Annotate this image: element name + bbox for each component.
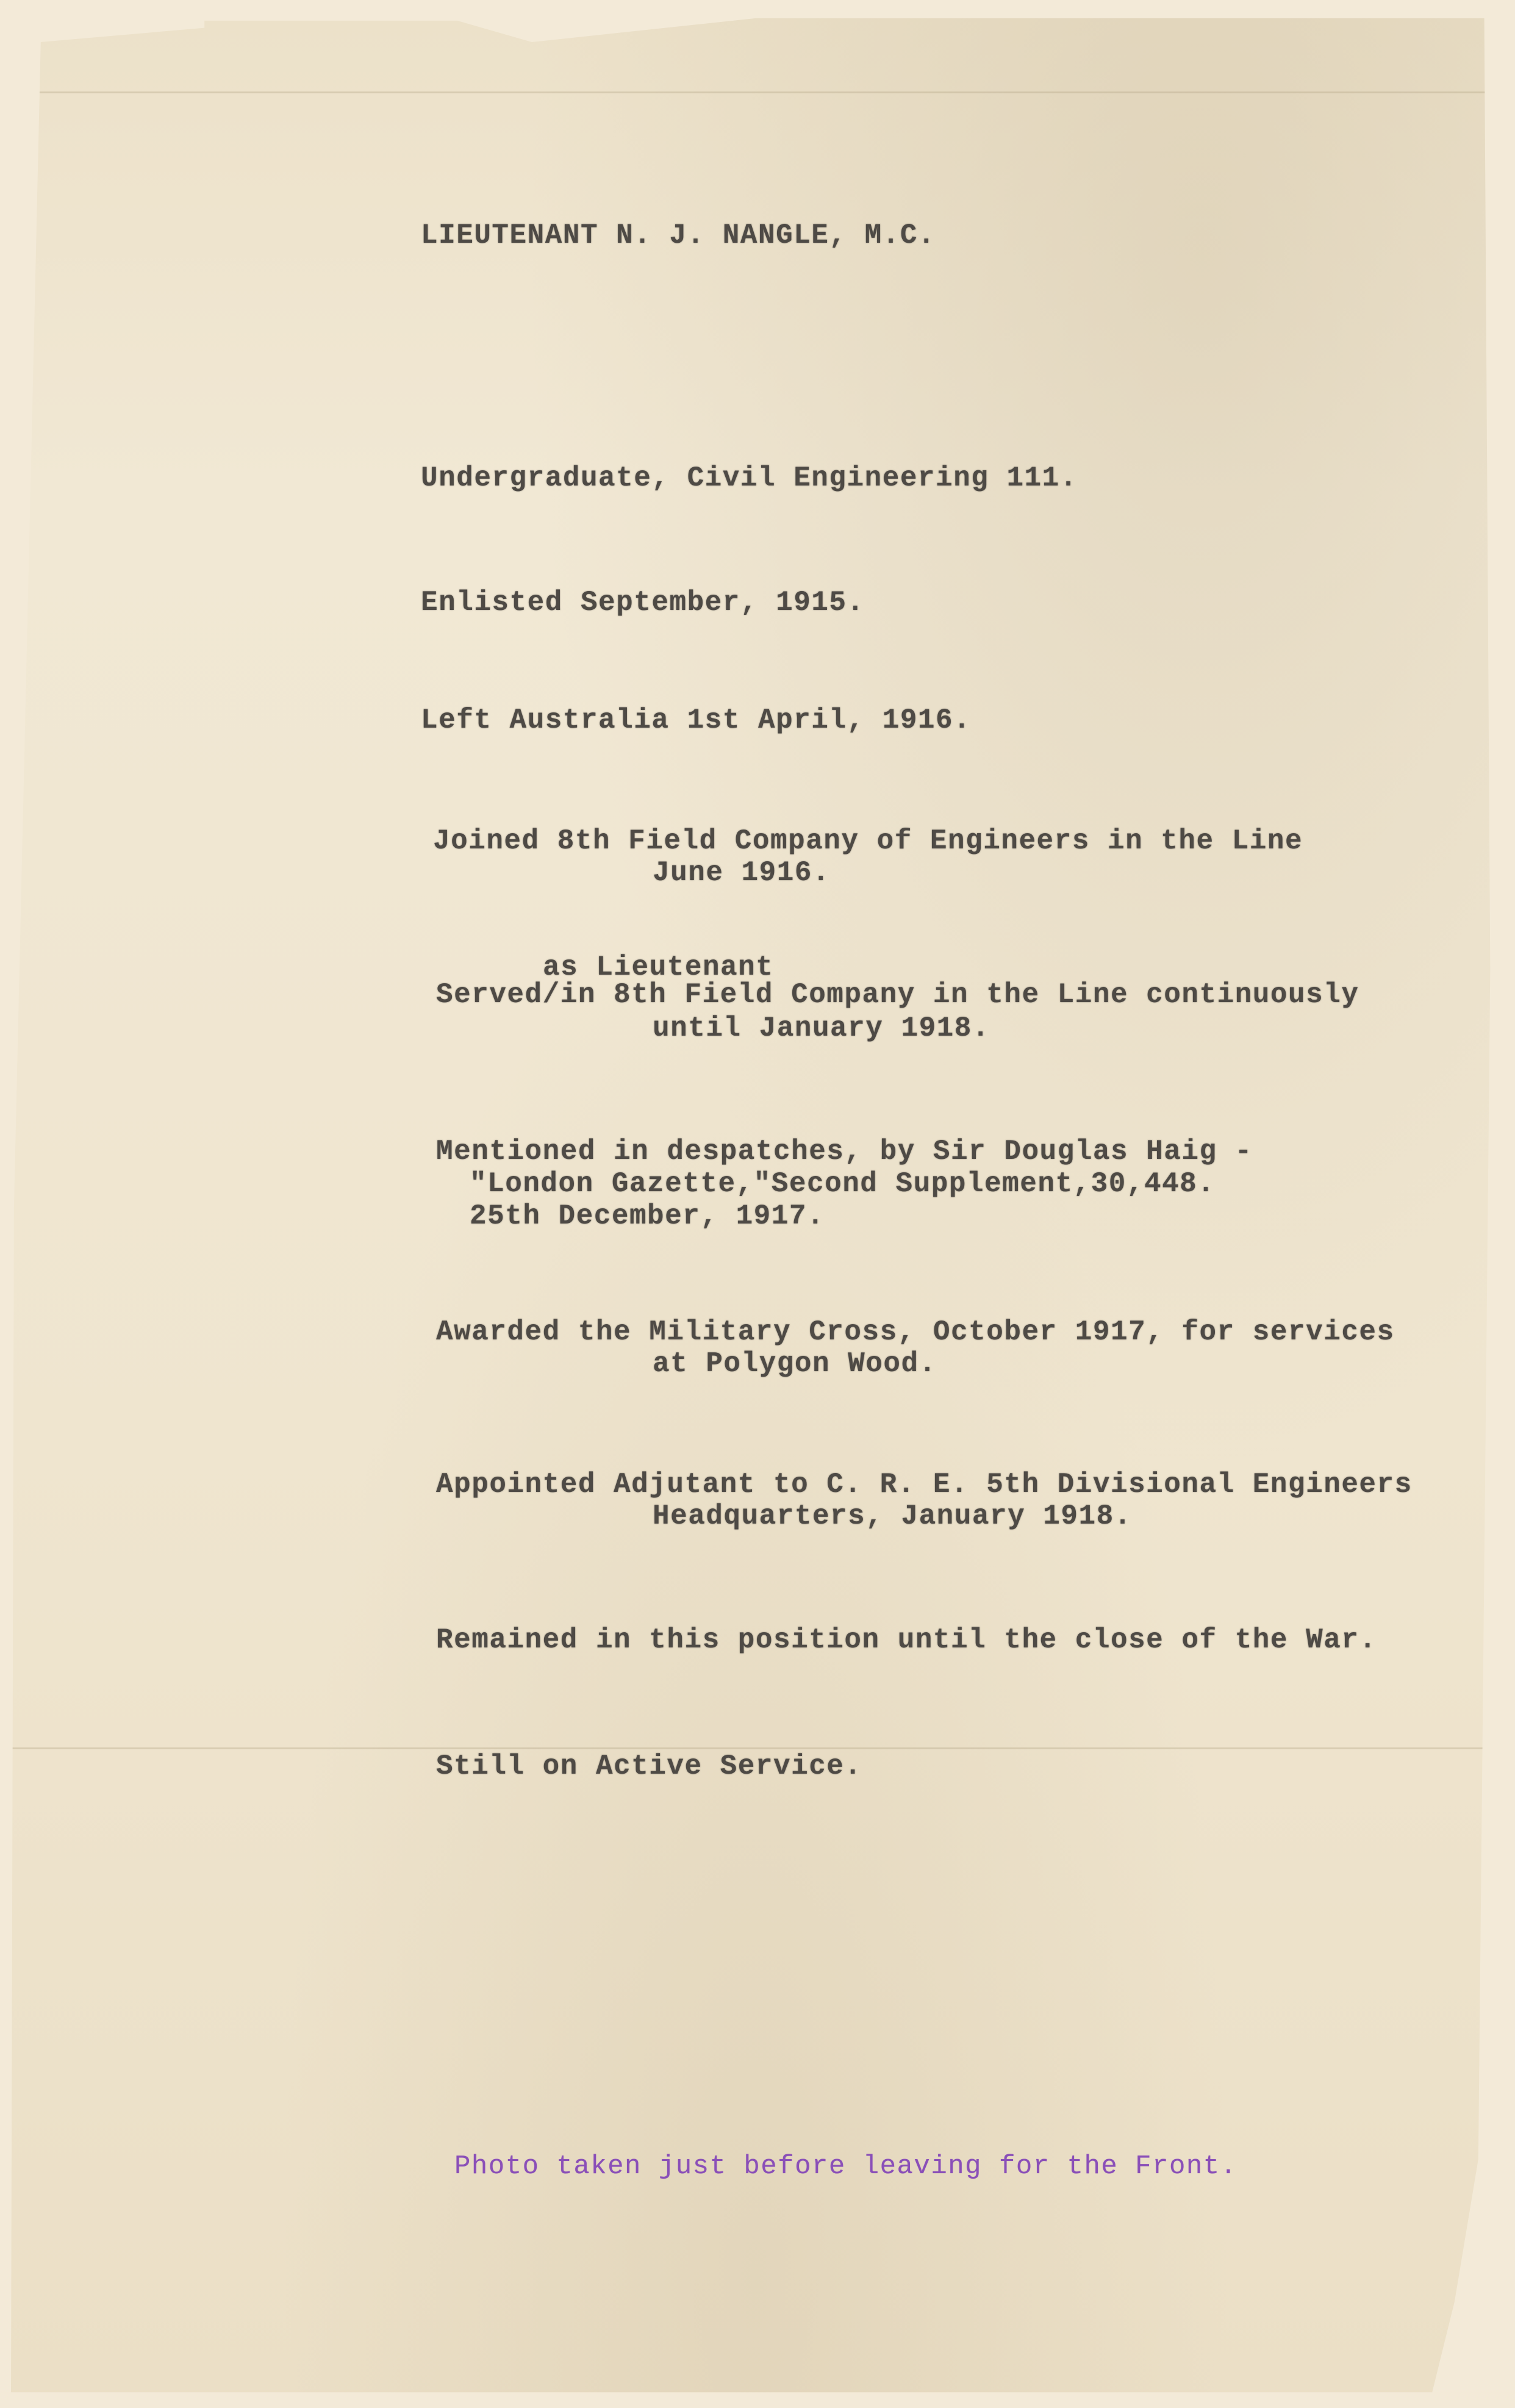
entry-joined-line1: Joined 8th Field Company of Engineers in… [433,825,1303,857]
entry-joined-line2: June 1916. [653,857,830,889]
entry-awarded-line1: Awarded the Military Cross, October 1917… [436,1316,1395,1348]
entry-mentioned-line3: 25th December, 1917. [470,1200,825,1232]
entry-remained: Remained in this position until the clos… [436,1624,1377,1656]
entry-appointed-line1: Appointed Adjutant to C. R. E. 5th Divis… [436,1469,1413,1500]
entry-active-service: Still on Active Service. [436,1750,862,1782]
fold-crease [11,1747,1499,1749]
entry-served-line1: Served/in 8th Field Company in the Line … [436,979,1359,1011]
entry-awarded-line2: at Polygon Wood. [653,1348,937,1380]
fold-crease [11,91,1499,93]
entry-left-australia: Left Australia 1st April, 1916. [421,704,971,736]
entry-mentioned-line2: "London Gazette,"Second Supplement,30,44… [470,1168,1215,1200]
entry-enlisted: Enlisted September, 1915. [421,587,865,618]
footer-photo-note: Photo taken just before leaving for the … [454,2151,1237,2182]
entry-appointed-line2: Headquarters, January 1918. [653,1500,1132,1532]
entry-mentioned-line1: Mentioned in despatches, by Sir Douglas … [436,1136,1253,1167]
entry-served-line2: until January 1918. [653,1012,990,1044]
entry-education: Undergraduate, Civil Engineering 111. [421,462,1078,494]
document-title: LIEUTENANT N. J. NANGLE, M.C. [421,220,936,251]
